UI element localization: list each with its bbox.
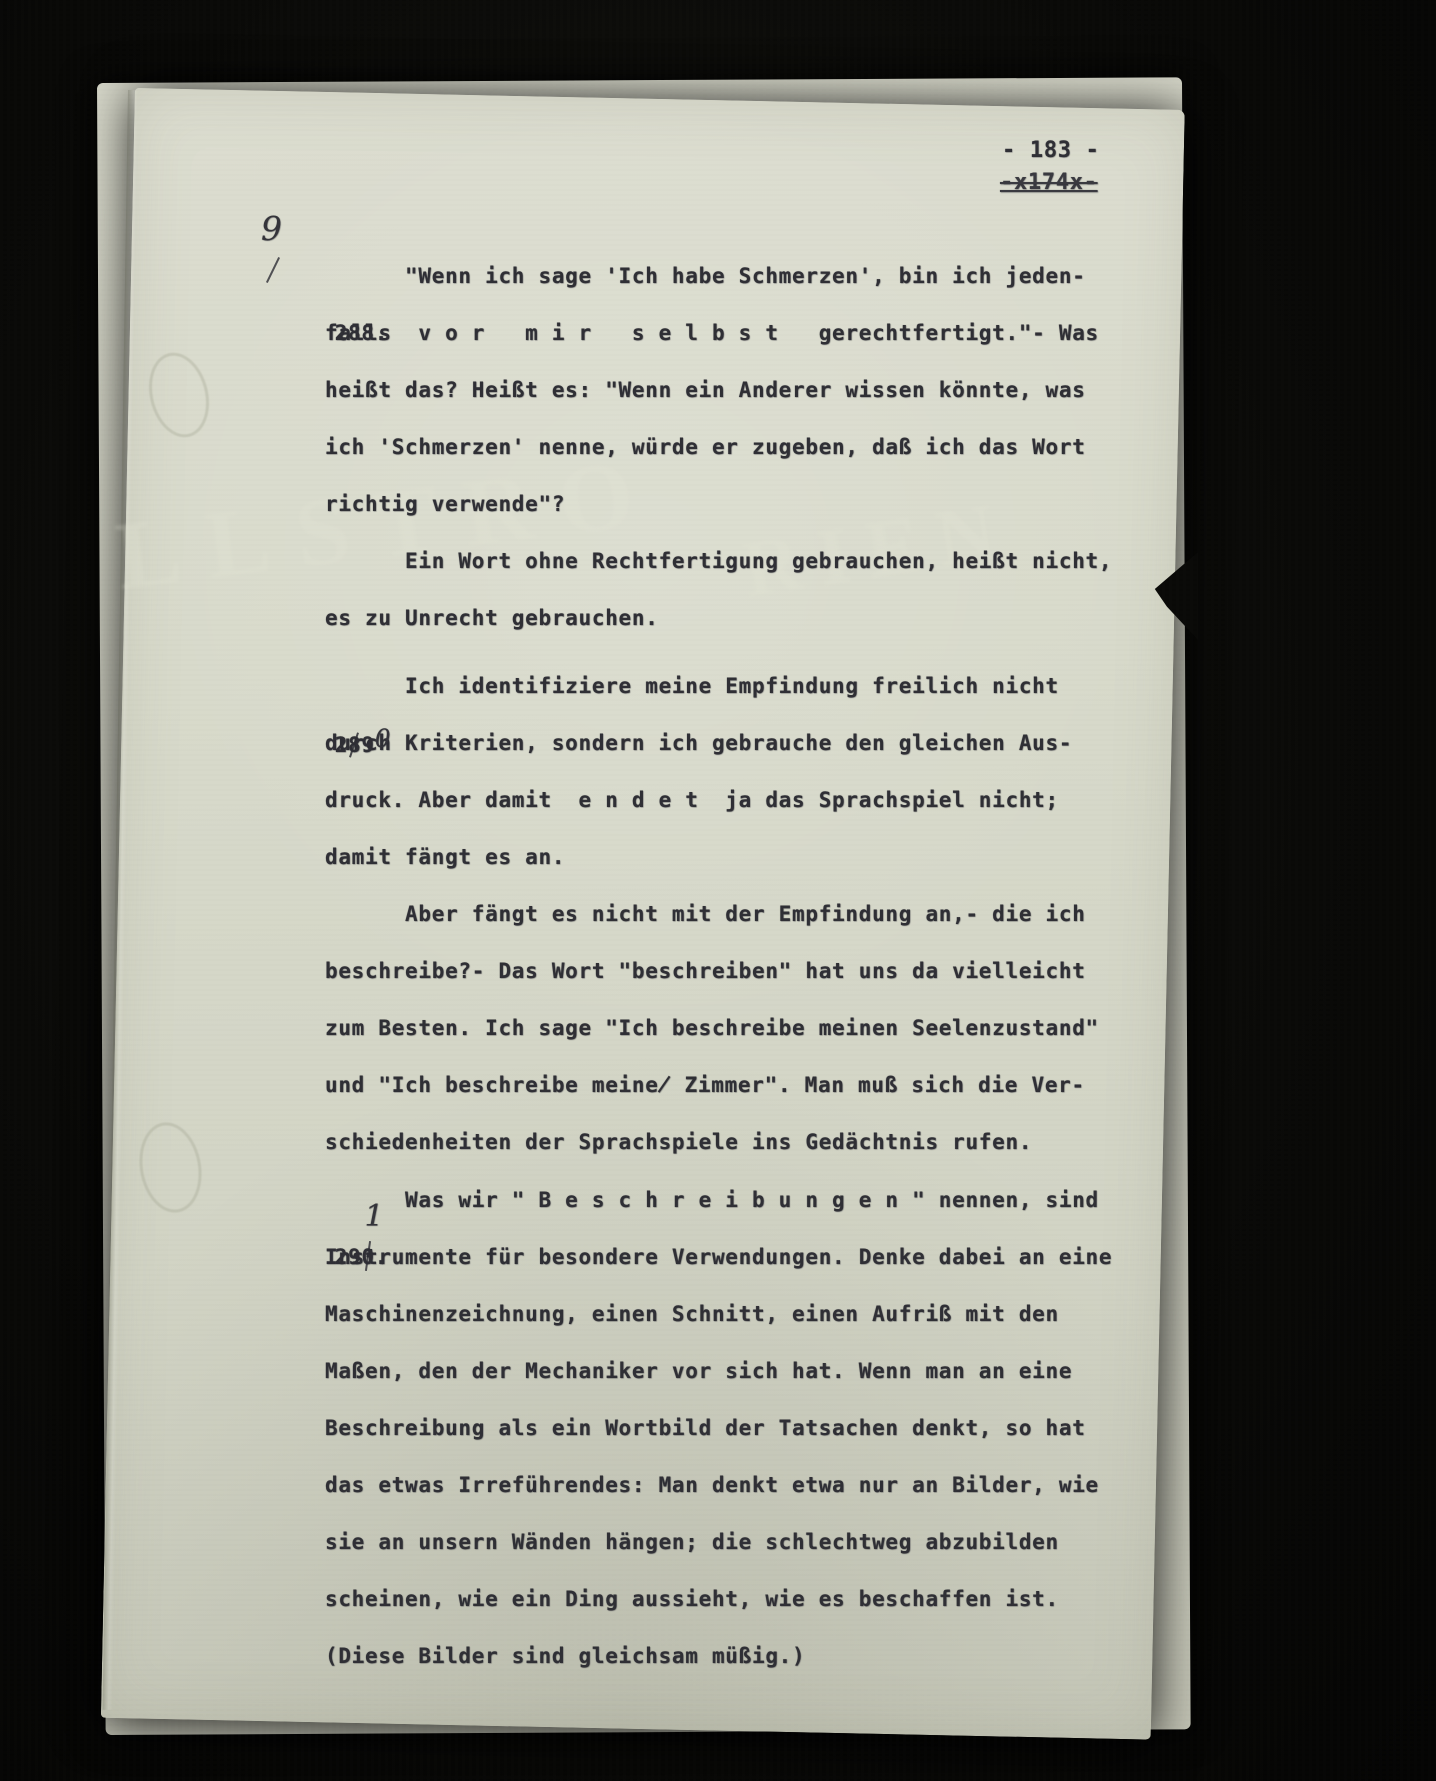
overwritten-digit: 01 (361, 1229, 374, 1286)
paragraph-number: 2901. (228, 1172, 388, 1343)
paragraph-text: Was wir " B e s c h r e i b u n g e n " … (325, 1172, 1135, 1685)
paragraph-290: 2901. Was wir " B e s c h r e i b u n g … (325, 1172, 1135, 1685)
typescript-line: Was wir " B e s c h r e i b u n g e n " … (325, 1172, 1135, 1229)
typescript-line: und "Ich beschreibe meine̸ Zimmer". Man … (325, 1057, 1135, 1114)
paragraph-288: 288. 9 "Wenn ich sage 'Ich habe Schmerze… (325, 248, 1135, 647)
page-number: - 183 - (1002, 138, 1100, 163)
typescript-line: sie an unsern Wänden hängen; die schlech… (325, 1514, 1135, 1571)
typescript-line: Ich identifiziere meine Empfindung freil… (325, 658, 1135, 715)
typescript-line: ich 'Schmerzen' nenne, würde er zugeben,… (325, 419, 1135, 476)
typed-number: 29 (335, 1245, 362, 1269)
typescript-line: damit fängt es an. (325, 829, 1135, 886)
paragraph-text: "Wenn ich sage 'Ich habe Schmerzen', bin… (325, 248, 1135, 647)
typescript-line: scheinen, wie ein Ding aussieht, wie es … (325, 1571, 1135, 1628)
handwritten-correction-0: 0 (375, 710, 392, 767)
typescript-line: das etwas Irreführendes: Man denkt etwa … (325, 1457, 1135, 1514)
typed-number: 0 (361, 1245, 374, 1269)
typescript-line: schiedenheiten der Sprachspiele ins Gedä… (325, 1114, 1135, 1171)
handwritten-slash (266, 257, 280, 283)
scanned-document-background: LLSTRO RIEN - 183 - -x174x- 288. 9 "Wenn… (0, 0, 1436, 1781)
typescript-line: (Diese Bilder sind gleichsam müßig.) (325, 1628, 1135, 1685)
embossed-stamp (140, 346, 217, 443)
typescript-line: Instrumente für besondere Verwendungen. … (325, 1229, 1135, 1286)
typed-number: 9 (361, 733, 374, 757)
typed-number: 288. (335, 321, 388, 345)
paragraph-number: 288. 9 (228, 248, 388, 533)
page-content: LLSTRO RIEN - 183 - -x174x- 288. 9 "Wenn… (0, 0, 1436, 1781)
typed-number: . (375, 1245, 388, 1269)
typescript-line: Maßen, den der Mechaniker vor sich hat. … (325, 1343, 1135, 1400)
paragraph-289: 2890 Ich identifiziere meine Empfindung … (325, 658, 1135, 1171)
struck-old-page-number: -x174x- (1000, 170, 1098, 195)
typescript-line: heißt das? Heißt es: "Wenn ein Anderer w… (325, 362, 1135, 419)
typescript-line: richtig verwende"? (325, 476, 1135, 533)
typescript-line: beschreibe?- Das Wort "beschreiben" hat … (325, 943, 1135, 1000)
typescript-line: Ein Wort ohne Rechtfertigung gebrauchen,… (325, 533, 1135, 590)
typescript-line: zum Besten. Ich sage "Ich beschreibe mei… (325, 1000, 1135, 1057)
typescript-line: durch Kriterien, sondern ich gebrauche d… (325, 715, 1135, 772)
typescript-line: druck. Aber damit e n d e t ja das Sprac… (325, 772, 1135, 829)
struck-digit: 8 (348, 717, 361, 774)
paragraph-number: 2890 (228, 658, 391, 831)
embossed-stamp (133, 1117, 209, 1217)
typescript-line: Beschreibung als ein Wortbild der Tatsac… (325, 1400, 1135, 1457)
typescript-line: "Wenn ich sage 'Ich habe Schmerzen', bin… (325, 248, 1135, 305)
typescript-line: Aber fängt es nicht mit der Empfindung a… (325, 886, 1135, 943)
handwritten-correction-9: 9 (261, 212, 283, 245)
typescript-line: es zu Unrecht gebrauchen. (325, 590, 1135, 647)
typescript-line: Maschinenzeichnung, einen Schnitt, einen… (325, 1286, 1135, 1343)
typescript-line: falls v o r m i r s e l b s t gerechtfer… (325, 305, 1135, 362)
paragraph-text: Ich identifiziere meine Empfindung freil… (325, 658, 1135, 1171)
typed-number: 2 (335, 733, 348, 757)
handwritten-correction-1: 1 (364, 1202, 384, 1232)
